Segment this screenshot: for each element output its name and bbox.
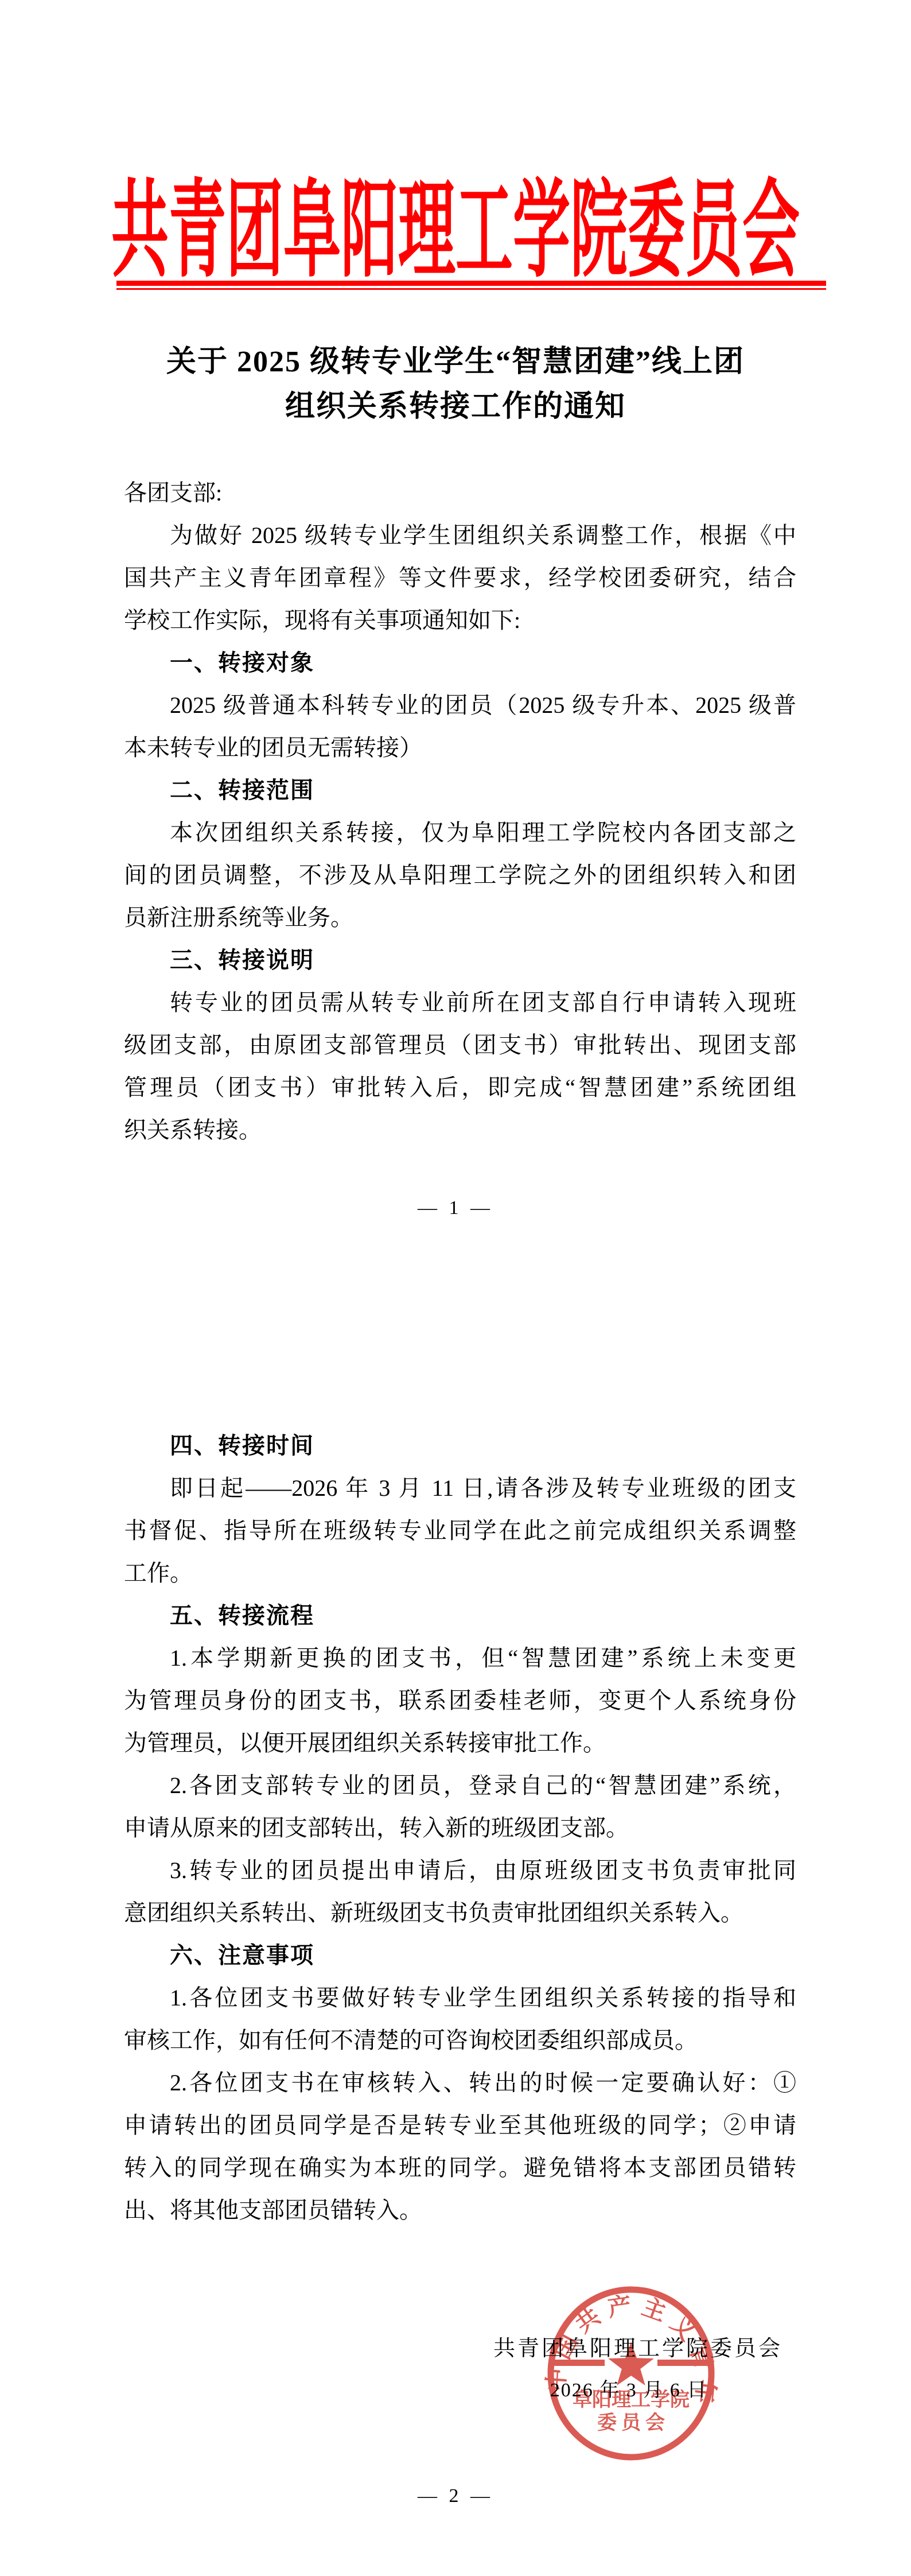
section-heading: 三、转接说明 — [124, 939, 796, 981]
body-line: 转专业的团员需从转专业前所在团支部自行申请转入现班 — [124, 981, 796, 1024]
body-line: 工作。 — [124, 1552, 796, 1595]
body-line: 为管理员身份的团支书，联系团委桂老师，变更个人系统身份 — [124, 1679, 796, 1722]
body-line: 本次团组织关系转接，仅为阜阳理工学院校内各团支部之 — [124, 812, 796, 854]
body-line: 2.各团支部转专业的团员，登录自己的“智慧团建”系统， — [124, 1764, 796, 1807]
body-line: 各团支部: — [124, 472, 796, 514]
body-line: 本未转专业的团员无需转接） — [124, 727, 796, 769]
body-line: 管理员（团支书）审批转入后，即完成“智慧团建”系统团组 — [124, 1066, 796, 1109]
body-line: 间的团员调整，不涉及从阜阳理工学院之外的团组织转入和团 — [124, 854, 796, 897]
section-heading: 五、转接流程 — [124, 1595, 796, 1637]
page-number-1: — 1 — — [0, 1197, 911, 1219]
doc-title: 关于 2025 级转专业学生“智慧团建”线上团 组织关系转接工作的通知 — [0, 340, 911, 429]
body-line: 书督促、指导所在班级转专业同学在此之前完成组织关系调整 — [124, 1510, 796, 1552]
body-line: 学校工作实际，现将有关事项通知如下: — [124, 599, 796, 642]
body-line: 审核工作，如有任何不清楚的可咨询校团委组织部成员。 — [124, 2019, 796, 2062]
section-heading: 一、转接对象 — [124, 642, 796, 684]
body-line: 即日起——2026 年 3 月 11 日,请各涉及转专业班级的团支 — [124, 1467, 796, 1510]
page-2-body: 四、转接时间 即日起——2026 年 3 月 11 日,请各涉及转专业班级的团支… — [124, 1425, 796, 2232]
body-line: 员新注册系统等业务。 — [124, 897, 796, 939]
doc-title-line-1: 关于 2025 级转专业学生“智慧团建”线上团 — [0, 340, 911, 385]
body-line: 3.转专业的团员提出申请后，由原班级团支书负责审批同 — [124, 1849, 796, 1892]
body-line: 转入的同学现在确实为本班的同学。避免错将本支部团员错转 — [124, 2147, 796, 2189]
body-line: 申请从原来的团支部转出，转入新的班级团支部。 — [124, 1807, 796, 1849]
body-line: 意团组织关系转出、新班级团支书负责审批团组织关系转入。 — [124, 1892, 796, 1934]
body-line: 出、将其他支部团员错转入。 — [124, 2189, 796, 2232]
body-line: 国共产主义青年团章程》等文件要求，经学校团委研究，结合 — [124, 557, 796, 599]
body-line: 1.各位团支书要做好转专业学生团组织关系转接的指导和 — [124, 1977, 796, 2019]
masthead-rule-thin — [116, 288, 826, 290]
doc-title-line-2: 组织关系转接工作的通知 — [0, 385, 911, 429]
body-line: 级团支部，由原团支部管理员（团支书）审批转出、现团支部 — [124, 1024, 796, 1066]
page-number-2: — 2 — — [0, 2485, 911, 2507]
body-line: 申请转出的团员同学是否是转专业至其他班级的同学；②申请 — [124, 2104, 796, 2147]
body-line: 为管理员，以便开展团组织关系转接审批工作。 — [124, 1722, 796, 1764]
body-line: 为做好 2025 级转专业学生团组织关系调整工作，根据《中 — [124, 514, 796, 557]
signature-org: 共青团阜阳理工学院委员会 — [481, 2330, 795, 2362]
section-heading: 二、转接范围 — [124, 769, 796, 812]
body-line: 织关系转接。 — [124, 1109, 796, 1151]
body-line: 2025 级普通本科转专业的团员（2025 级专升本、2025 级普 — [124, 684, 796, 727]
page-1-body: 各团支部: 为做好 2025 级转专业学生团组织关系调整工作，根据《中 国共产主… — [124, 472, 796, 1151]
document-sheet: 共青团阜阳理工学院委员会 关于 2025 级转专业学生“智慧团建”线上团 组织关… — [0, 0, 911, 2576]
masthead-rule-thick — [116, 281, 826, 286]
body-line: 1.本学期新更换的团支书，但“智慧团建”系统上未变更 — [124, 1637, 796, 1679]
seal-committee: 委员会 — [597, 2412, 669, 2434]
section-heading: 六、注意事项 — [124, 1934, 796, 1977]
signature-date: 2026 年 3 月 6 日 — [504, 2374, 754, 2402]
section-heading: 四、转接时间 — [124, 1425, 796, 1467]
org-masthead-title: 共青团阜阳理工学院委员会 — [0, 145, 911, 297]
body-line: 2.各位团支书在审核转入、转出的时候一定要确认好：① — [124, 2062, 796, 2104]
